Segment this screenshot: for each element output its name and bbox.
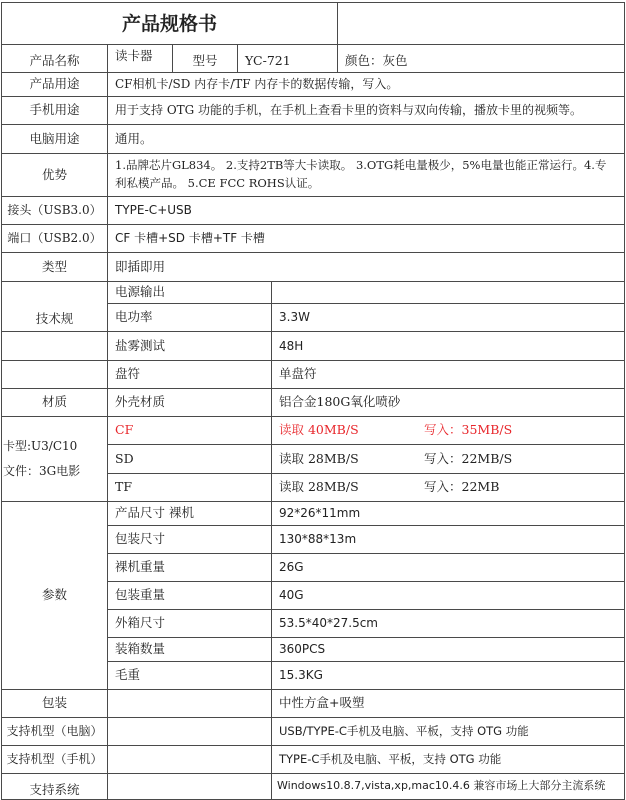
packaging-value: 中性方盒+吸塑 (271, 689, 625, 718)
tech-spec-value: 48H (271, 331, 625, 361)
tech-spec-name: 电源输出 (107, 281, 272, 304)
tech-spec-value: 3.3W (271, 303, 625, 332)
tech-spec-blank-2 (1, 360, 108, 389)
param-name: 装箱数量 (107, 637, 272, 662)
title-blank-cell (337, 2, 625, 45)
card-type-text: 卡型:U3/C10 (3, 434, 77, 459)
material-label: 材质 (1, 388, 108, 417)
packaging-blank (107, 689, 272, 718)
pc-usage-label: 电脑用途 (1, 124, 108, 154)
write-speed: 写入：22MB (424, 479, 499, 496)
speed-card-sd: SD (107, 444, 272, 474)
speed-card-cf: CF (107, 416, 272, 445)
model-value: YC-721 (237, 44, 338, 73)
pc-support-blank (107, 717, 272, 746)
document-title: 产品规格书 (1, 2, 338, 45)
port-value: CF 卡槽+SD 卡槽+TF 卡槽 (107, 224, 625, 253)
os-support-label: 支持系统 (1, 773, 108, 800)
phone-support-blank (107, 745, 272, 774)
tech-spec-label: 技术规 (1, 281, 108, 332)
type-label: 类型 (1, 252, 108, 282)
os-support-value: Windows10.8.7,vista,xp,mac10.4.6 兼容市场上大部… (271, 773, 625, 800)
model-label: 型号 (172, 44, 238, 73)
write-speed: 写入：22MB/S (424, 451, 512, 468)
tech-spec-name: 盐雾测试 (107, 331, 272, 361)
speed-card-tf: TF (107, 473, 272, 502)
advantages-label: 优势 (1, 153, 108, 197)
color-value: 颜色：灰色 (337, 44, 625, 73)
param-name: 毛重 (107, 661, 272, 690)
read-speed: 读取 40MB/S (279, 422, 424, 439)
material-value: 铝合金180G氧化喷砂 (271, 388, 625, 417)
usage-value: CF相机卡/SD 内存卡/TF 内存卡的数据传输，写入。 (107, 72, 625, 97)
tech-spec-blank-1 (1, 331, 108, 361)
phone-support-value: TYPE-C手机及电脑、平板，支持 OTG 功能 (271, 745, 625, 774)
connector-label: 接头（USB3.0） (1, 196, 108, 225)
param-name: 产品尺寸 裸机 (107, 501, 272, 526)
material-name: 外壳材质 (107, 388, 272, 417)
speed-test-label: 卡型:U3/C10 文件：3G电影 (1, 416, 108, 502)
param-name: 外箱尺寸 (107, 609, 272, 638)
advantages-value: 1.品牌芯片GL834。 2.支持2TB等大卡读取。 3.OTG耗电量极少，5%… (107, 153, 625, 197)
param-value: 26G (271, 553, 625, 582)
params-label: 参数 (1, 501, 108, 690)
phone-support-label: 支持机型（手机） (1, 745, 108, 774)
connector-value: TYPE-C+USB (107, 196, 625, 225)
speed-values-cf: 读取 40MB/S 写入：35MB/S (271, 416, 625, 445)
spec-sheet-table: 产品规格书 产品名称 读卡器 型号 YC-721 颜色：灰色 产品用途 CF相机… (1, 2, 625, 800)
param-value: 15.3KG (271, 661, 625, 690)
pc-usage-value: 通用。 (107, 124, 625, 154)
speed-values-tf: 读取 28MB/S 写入：22MB (271, 473, 625, 502)
phone-usage-value: 用于支持 OTG 功能的手机，在手机上查看卡里的资料与双向传输，播放卡里的视频等… (107, 96, 625, 125)
param-value: 360PCS (271, 637, 625, 662)
param-name: 裸机重量 (107, 553, 272, 582)
param-name: 包装尺寸 (107, 525, 272, 554)
product-name-label: 产品名称 (1, 44, 108, 73)
param-value: 130*88*13m (271, 525, 625, 554)
tech-spec-name: 电功率 (107, 303, 272, 332)
write-speed: 写入：35MB/S (424, 422, 512, 439)
speed-values-sd: 读取 28MB/S 写入：22MB/S (271, 444, 625, 474)
usage-label: 产品用途 (1, 72, 108, 97)
param-value: 53.5*40*27.5cm (271, 609, 625, 638)
packaging-label: 包装 (1, 689, 108, 718)
port-label: 端口（USB2.0） (1, 224, 108, 253)
param-value: 40G (271, 581, 625, 610)
param-value: 92*26*11mm (271, 501, 625, 526)
tech-spec-value: 单盘符 (271, 360, 625, 389)
read-speed: 读取 28MB/S (279, 479, 424, 496)
phone-usage-label: 手机用途 (1, 96, 108, 125)
read-speed: 读取 28MB/S (279, 451, 424, 468)
param-name: 包装重量 (107, 581, 272, 610)
os-support-blank (107, 773, 272, 800)
file-type-text: 文件：3G电影 (3, 459, 80, 484)
type-value: 即插即用 (107, 252, 625, 282)
product-name-value: 读卡器 (107, 44, 173, 73)
tech-spec-value (271, 281, 625, 304)
pc-support-value: USB/TYPE-C手机及电脑、平板，支持 OTG 功能 (271, 717, 625, 746)
tech-spec-name: 盘符 (107, 360, 272, 389)
pc-support-label: 支持机型（电脑） (1, 717, 108, 746)
